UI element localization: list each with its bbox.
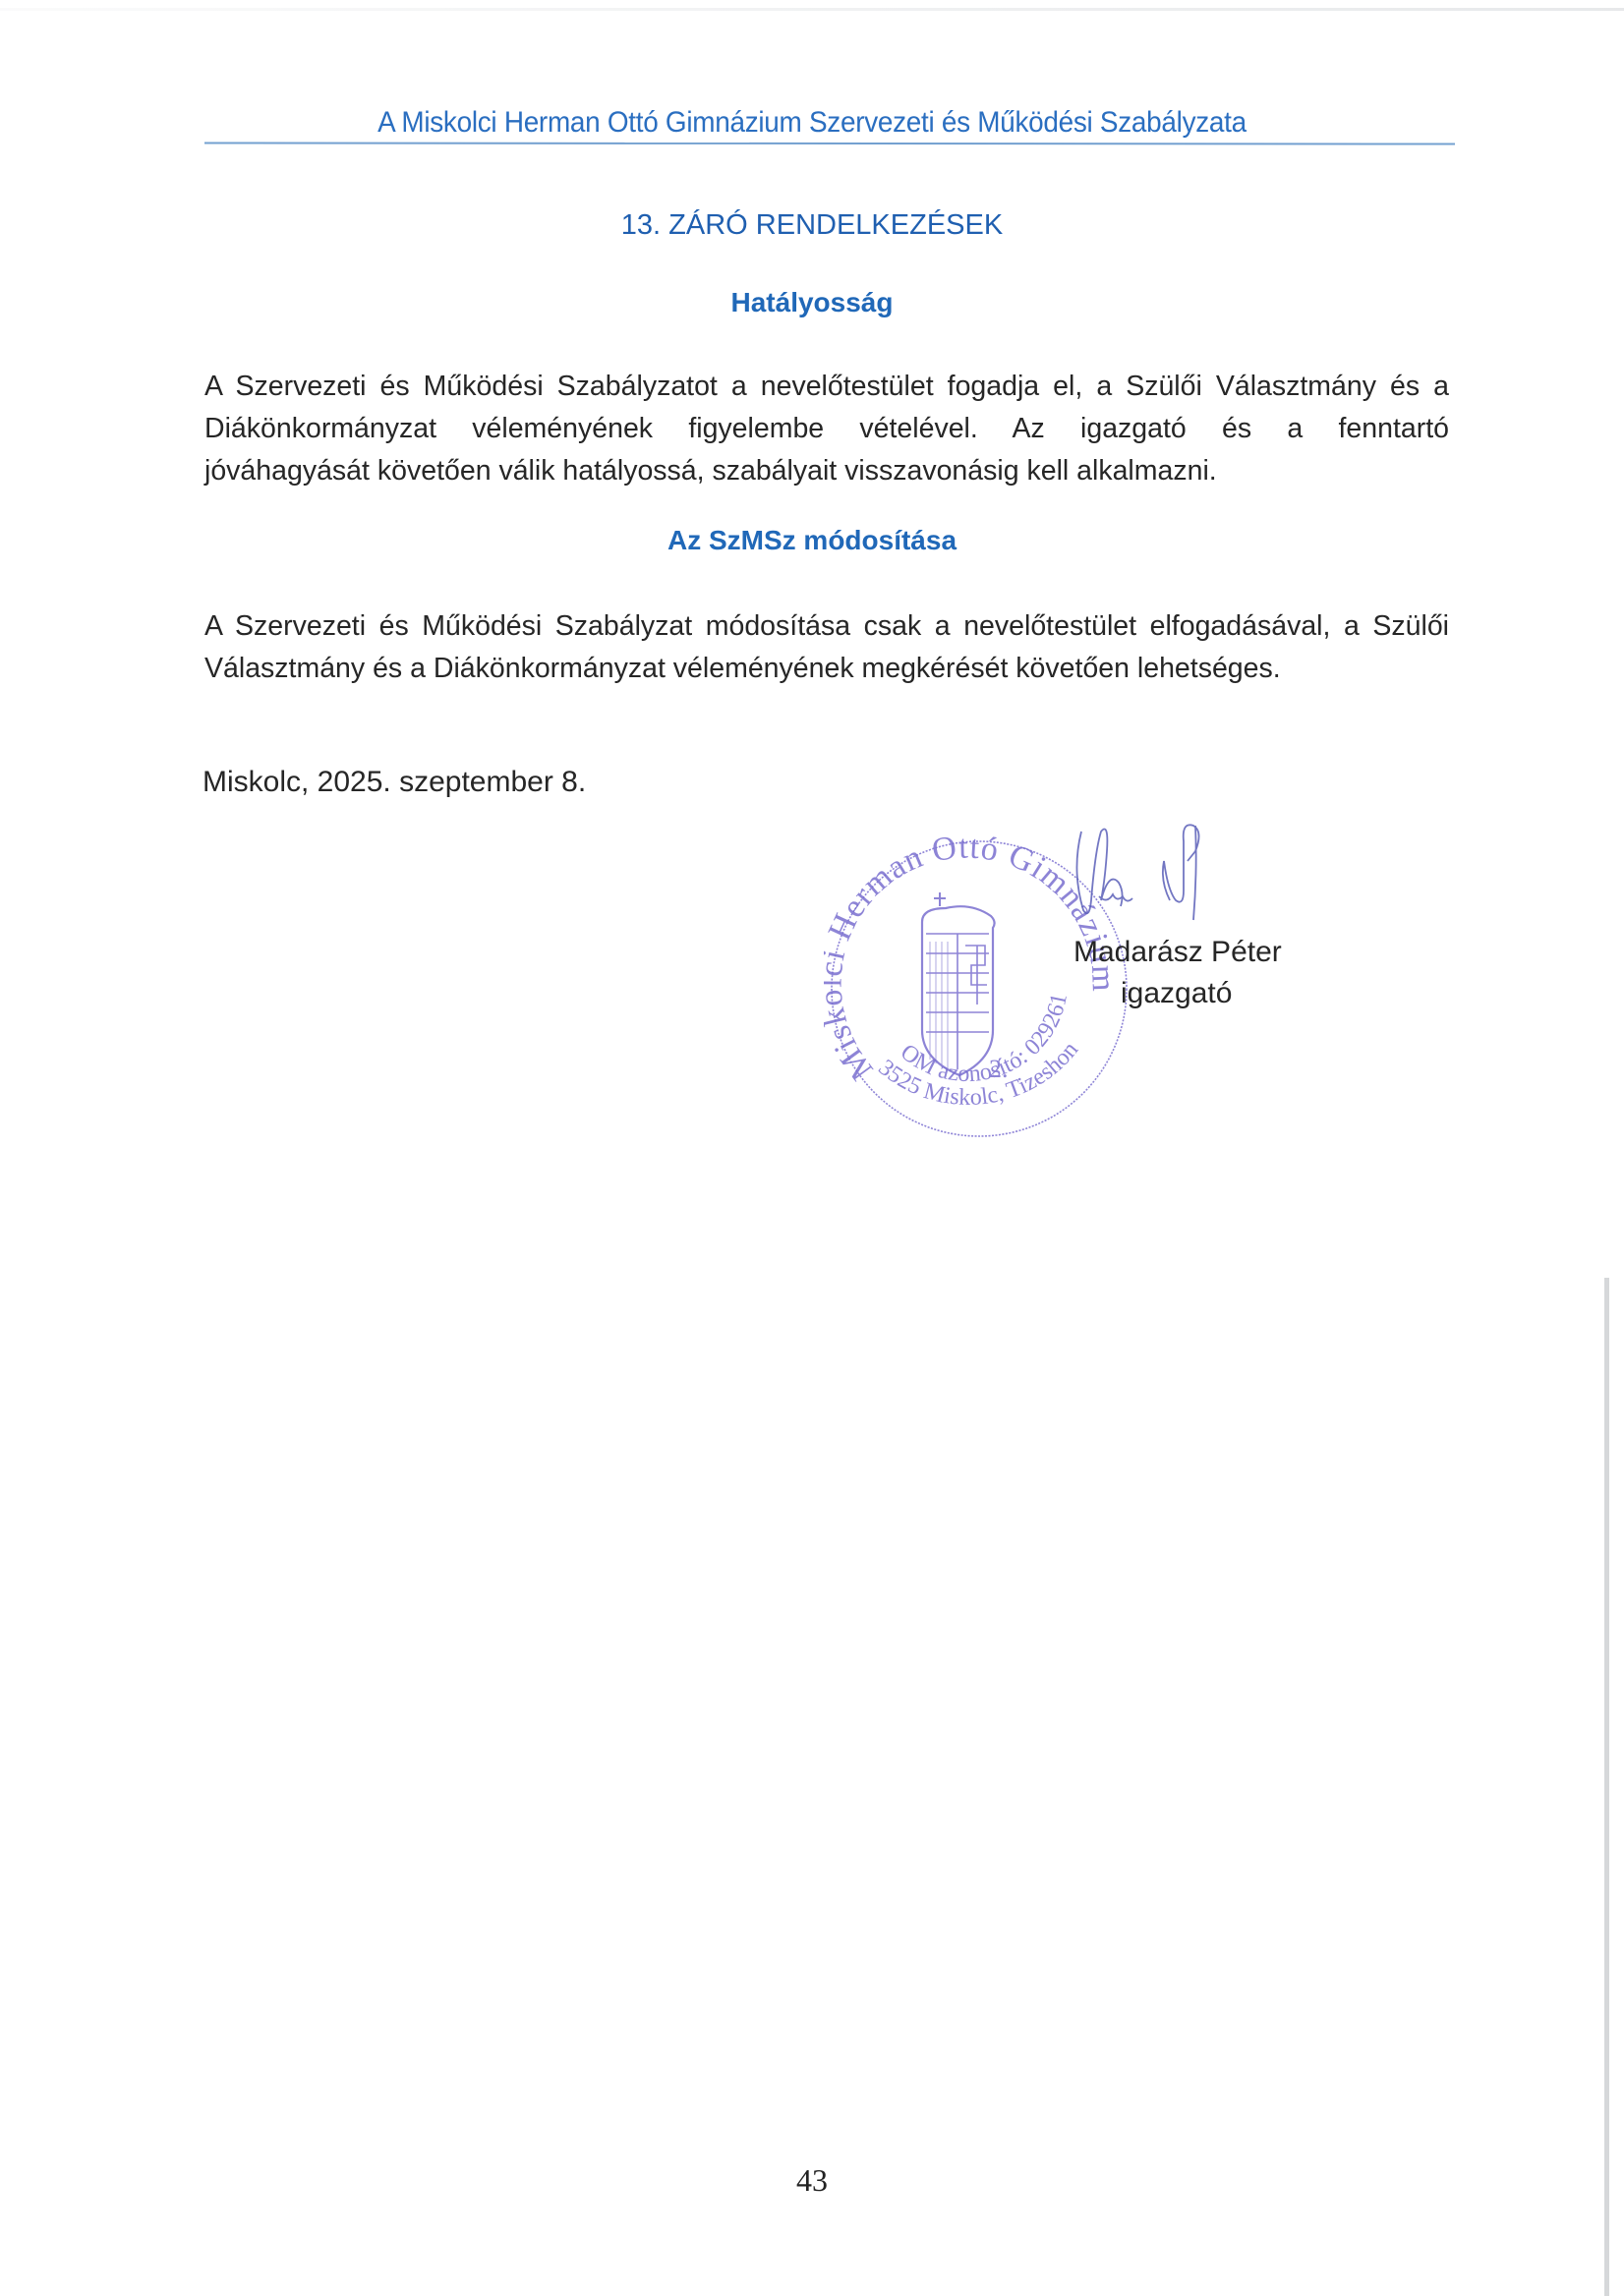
paragraph-line: Választmány és a Diákönkormányzat vélemé… <box>204 648 1449 690</box>
paragraph-line: A Szervezeti és Működési Szabályzatot a … <box>204 366 1449 408</box>
paragraph-line: Diákönkormányzat véleményének figyelembe… <box>204 408 1449 450</box>
place-and-date: Miskolc, 2025. szeptember 8. <box>203 766 586 799</box>
signer-role: igazgató <box>1121 977 1232 1010</box>
scan-top-edge <box>0 8 1624 11</box>
page-number: 43 <box>0 2162 1624 2199</box>
scan-right-edge <box>1604 1278 1609 2296</box>
section-title: 13. ZÁRÓ RENDELKEZÉSEK <box>0 209 1624 242</box>
paragraph-szmsz-modositasa: A Szervezeti és Működési Szabályzat módo… <box>204 605 1449 690</box>
paragraph-line: A Szervezeti és Működési Szabályzat módo… <box>204 605 1449 648</box>
paragraph-hatalyossag: A Szervezeti és Működési Szabályzatot a … <box>204 366 1449 492</box>
subheading-hatalyossag: Hatályosság <box>0 287 1624 318</box>
document-header-title: A Miskolci Herman Ottó Gimnázium Szervez… <box>57 106 1567 140</box>
subheading-szmsz-modositasa: Az SzMSz módosítása <box>0 525 1624 556</box>
paragraph-line: jóváhagyását követően válik hatályossá, … <box>204 450 1449 492</box>
signer-name: Madarász Péter <box>1073 936 1282 969</box>
handwritten-signature-icon <box>1062 812 1258 949</box>
header-divider <box>204 142 1455 144</box>
